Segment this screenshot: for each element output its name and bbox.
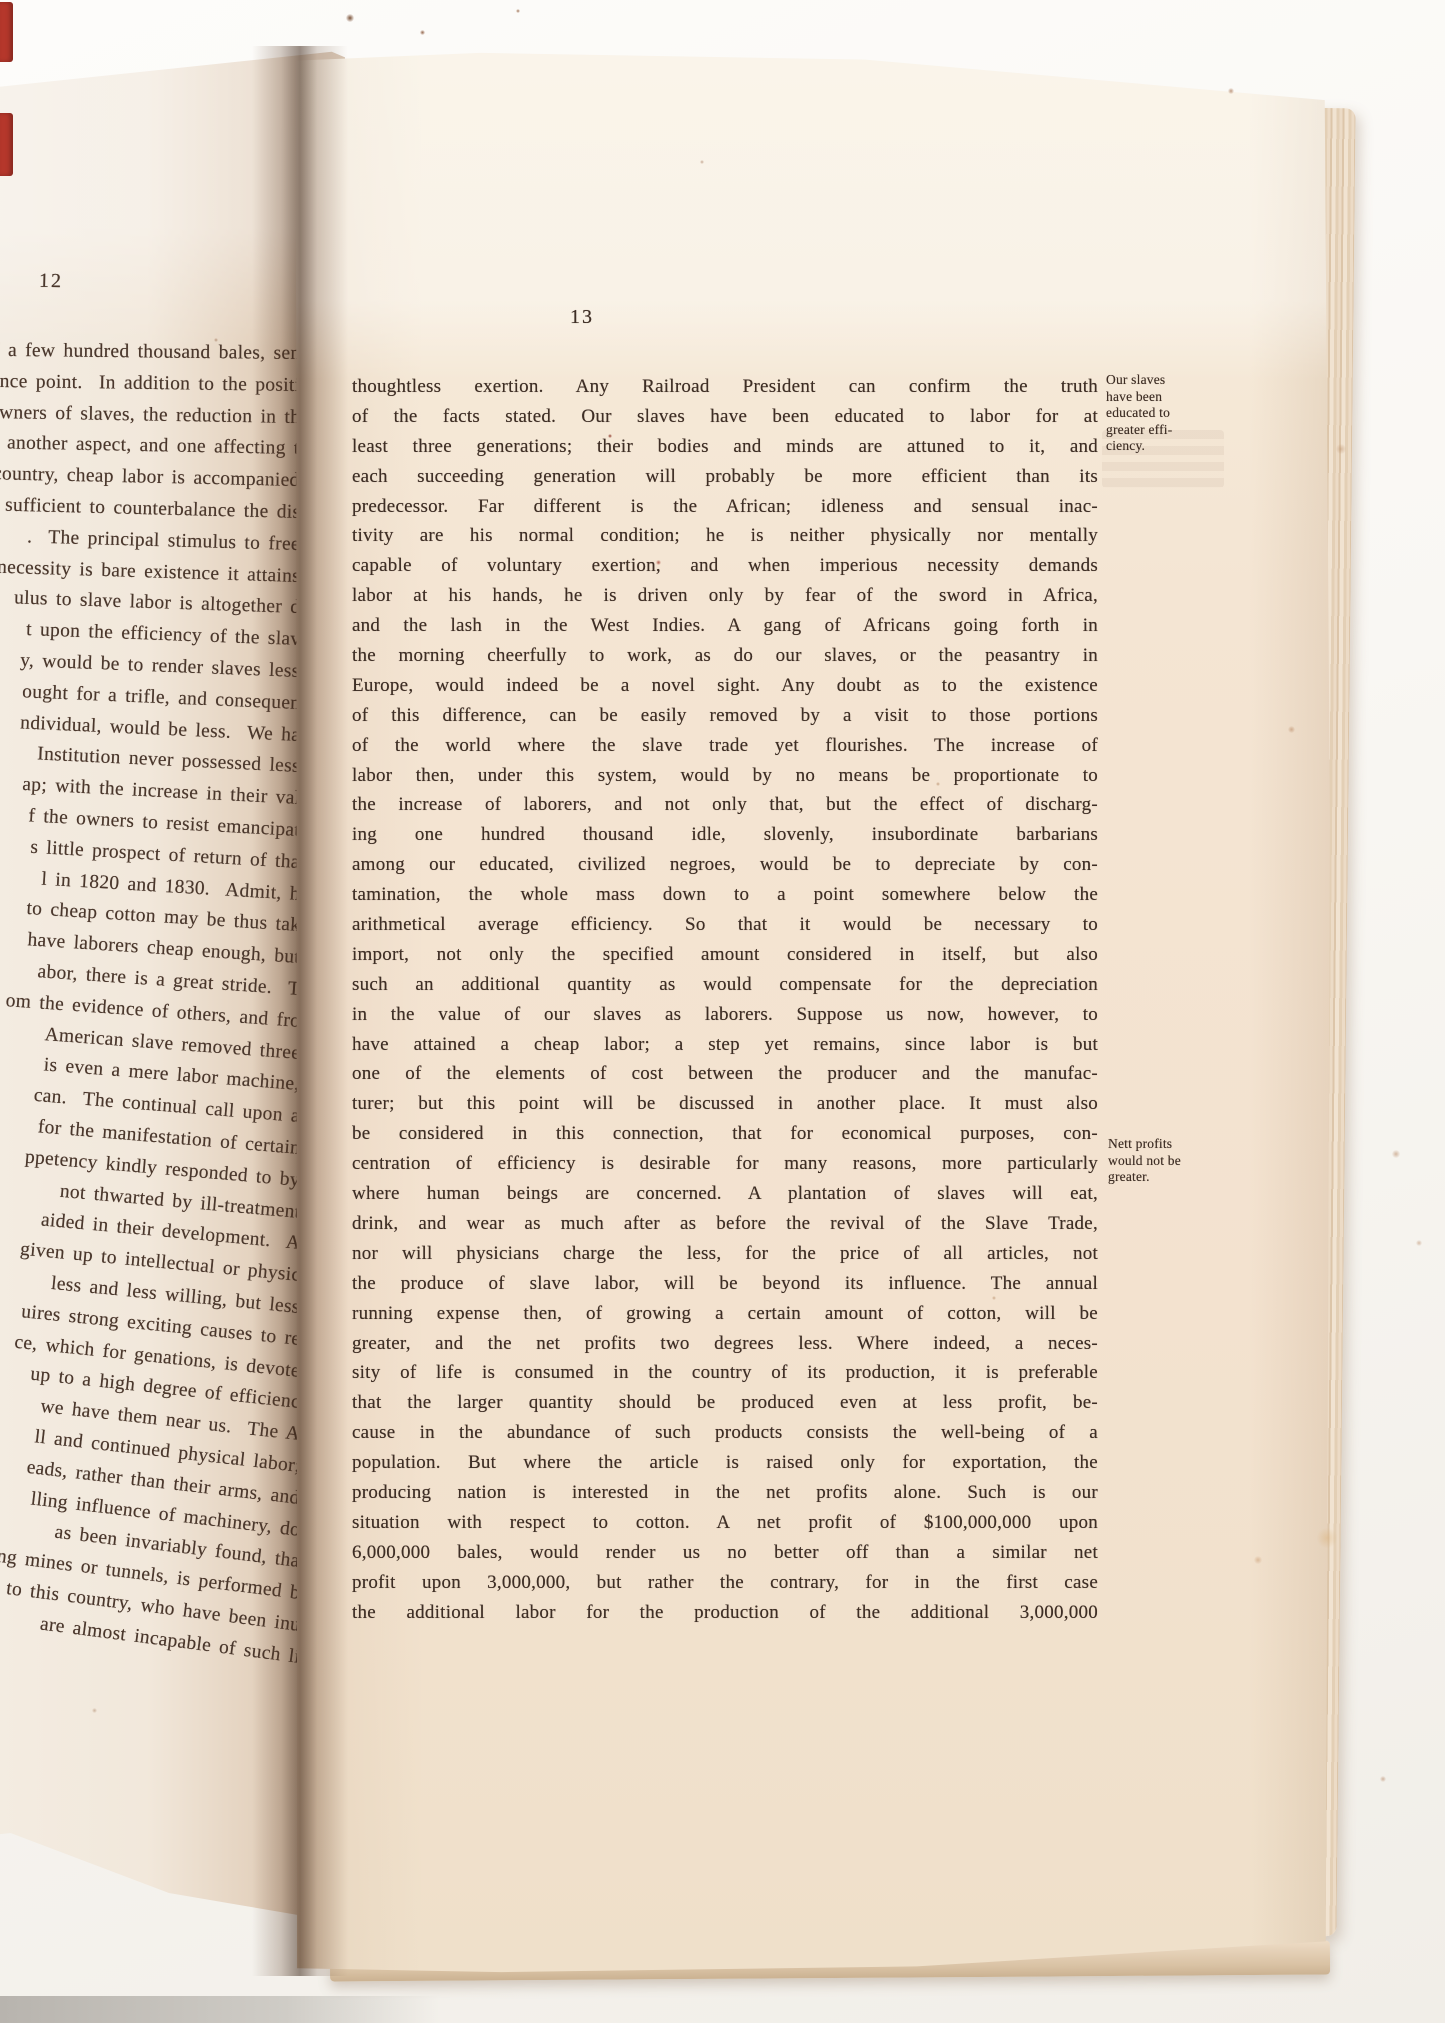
right-page-line: of this difference, can be easily remove… xyxy=(352,701,1098,731)
right-page-line: cause in the abundance of such products … xyxy=(352,1418,1098,1448)
margin-note-line: would not be xyxy=(1108,1153,1230,1170)
right-page-line: greater, and the net profits two degrees… xyxy=(352,1329,1098,1359)
left-page-line: owners of slaves, the reduction in th xyxy=(0,401,300,430)
foxing-spot xyxy=(346,14,354,22)
photo-backdrop: 12 of a few hundred thousand bales, sent… xyxy=(0,0,1445,2023)
right-page-line: the produce of slave labor, will be beyo… xyxy=(352,1269,1098,1299)
foxing-spot xyxy=(420,30,425,35)
right-page-line: of the world where the slave trade yet f… xyxy=(352,731,1098,761)
right-page-line: each succeeding generation will probably… xyxy=(352,462,1098,492)
backdrop-shadow xyxy=(0,1996,440,2023)
right-page-text: thoughtless exertion. Any Railroad Presi… xyxy=(352,372,1098,1627)
right-page-number: 13 xyxy=(570,306,594,329)
red-edge-mark xyxy=(0,113,13,176)
right-page-line: labor then, under this system, would by … xyxy=(352,761,1098,791)
left-page-line: ndividual, would be less. We ha xyxy=(20,711,301,748)
right-page-line: import, not only the specified amount co… xyxy=(352,940,1098,970)
margin-note-line: Nett profits xyxy=(1108,1136,1230,1153)
left-page-line: another aspect, and one affecting t xyxy=(7,432,300,462)
left-page: 12 of a few hundred thousand bales, sent… xyxy=(0,48,345,1923)
right-page-line: of the facts stated. Our slaves have bee… xyxy=(352,402,1098,432)
left-page-text: of a few hundred thousand bales, sentenc… xyxy=(0,342,300,1923)
right-page-line: turer; but this point will be discussed … xyxy=(352,1089,1098,1119)
left-page-line: tence point. In addition to the positi xyxy=(0,370,300,398)
foxing-spot xyxy=(1392,1150,1400,1158)
right-page-line: among our educated, civilized negroes, w… xyxy=(352,850,1098,880)
foxing-spot xyxy=(1380,1776,1386,1782)
right-page-line: the additional labor for the production … xyxy=(352,1598,1098,1628)
margin-note-line: ciency. xyxy=(1106,438,1228,455)
right-page-line: ing one hundred thousand idle, slovenly,… xyxy=(352,820,1098,850)
right-page-line: tamination, the whole mass down to a poi… xyxy=(352,880,1098,910)
right-page-line: nor will physicians charge the less, for… xyxy=(352,1239,1098,1269)
right-page-line: have attained a cheap labor; a step yet … xyxy=(352,1030,1098,1060)
right-page-line: producing nation is interested in the ne… xyxy=(352,1478,1098,1508)
right-page-line: arithmetical average efficiency. So that… xyxy=(352,910,1098,940)
right-page-line: the morning cheerfully to work, as do ou… xyxy=(352,641,1098,671)
right-page-line: 6,000,000 bales, would render us no bett… xyxy=(352,1538,1098,1568)
left-page-line: necessity is bare existence it attains xyxy=(0,555,300,588)
left-page-number: 12 xyxy=(39,270,63,293)
margin-note-line: Our slaves xyxy=(1106,372,1228,389)
left-page-line: y, would be to render slaves less xyxy=(20,649,300,684)
margin-note-line: have been xyxy=(1106,389,1228,406)
right-page-line: be considered in this connection, that f… xyxy=(352,1119,1098,1149)
margin-note-2: Nett profitswould not begreater. xyxy=(1108,1136,1230,1186)
left-page-line: . The principal stimulus to free xyxy=(27,525,300,557)
right-page-line: profit upon 3,000,000, but rather the co… xyxy=(352,1568,1098,1598)
right-page: 13 thoughtless exertion. Any Railroad Pr… xyxy=(294,50,1332,1976)
right-page-line: predecessor. Far different is the Africa… xyxy=(352,492,1098,522)
right-page-line: tivity are his normal condition; he is n… xyxy=(352,521,1098,551)
left-page-line: country, cheap labor is accompanied xyxy=(0,462,300,493)
right-page-line: situation with respect to cotton. A net … xyxy=(352,1508,1098,1538)
right-page-line: one of the elements of cost between the … xyxy=(352,1059,1098,1089)
right-page-line: that the larger quantity should be produ… xyxy=(352,1388,1098,1418)
right-page-line: drink, and wear as much after as before … xyxy=(352,1209,1098,1239)
margin-note-line: greater. xyxy=(1108,1169,1230,1186)
right-page-line: Europe, would indeed be a novel sight. A… xyxy=(352,671,1098,701)
right-page-line: capable of voluntary exertion, and when … xyxy=(352,551,1098,581)
margin-note-1: Our slaveshave beeneducated togreater ef… xyxy=(1106,372,1228,455)
left-page-line: ulus to slave labor is altogether d xyxy=(13,587,300,621)
foxing-spot xyxy=(516,9,520,13)
right-page-line: least three generations; their bodies an… xyxy=(352,432,1098,462)
foxing-spot xyxy=(1416,1240,1422,1246)
right-page-line: sity of life is consumed in the country … xyxy=(352,1358,1098,1388)
right-page-line: and the lash in the West Indies. A gang … xyxy=(352,611,1098,641)
left-page-line: t upon the efficiency of the slav xyxy=(25,618,300,652)
left-page-line: ought for a trifle, and consequen xyxy=(21,680,300,716)
left-page-line: of a few hundred thousand bales, sen xyxy=(0,339,300,366)
right-page-line: running expense then, of growing a certa… xyxy=(352,1299,1098,1329)
right-page-line: labor at his hands, he is driven only by… xyxy=(352,581,1098,611)
right-page-line: population. But where the article is rai… xyxy=(352,1448,1098,1478)
right-page-line: the increase of laborers, and not only t… xyxy=(352,790,1098,820)
margin-note-line: greater effi- xyxy=(1106,422,1228,439)
right-page-line: centration of efficiency is desirable fo… xyxy=(352,1149,1098,1179)
right-page-line: in the value of our slaves as laborers. … xyxy=(352,1000,1098,1030)
right-page-line: where human beings are concerned. A plan… xyxy=(352,1179,1098,1209)
right-page-line: such an additional quantity as would com… xyxy=(352,970,1098,1000)
red-edge-mark xyxy=(0,2,13,62)
left-page-line: Institution never possessed less xyxy=(37,743,301,780)
left-page-line: sufficient to counterbalance the dis xyxy=(4,494,300,525)
right-page-line: thoughtless exertion. Any Railroad Presi… xyxy=(352,372,1098,402)
margin-note-line: educated to xyxy=(1106,405,1228,422)
